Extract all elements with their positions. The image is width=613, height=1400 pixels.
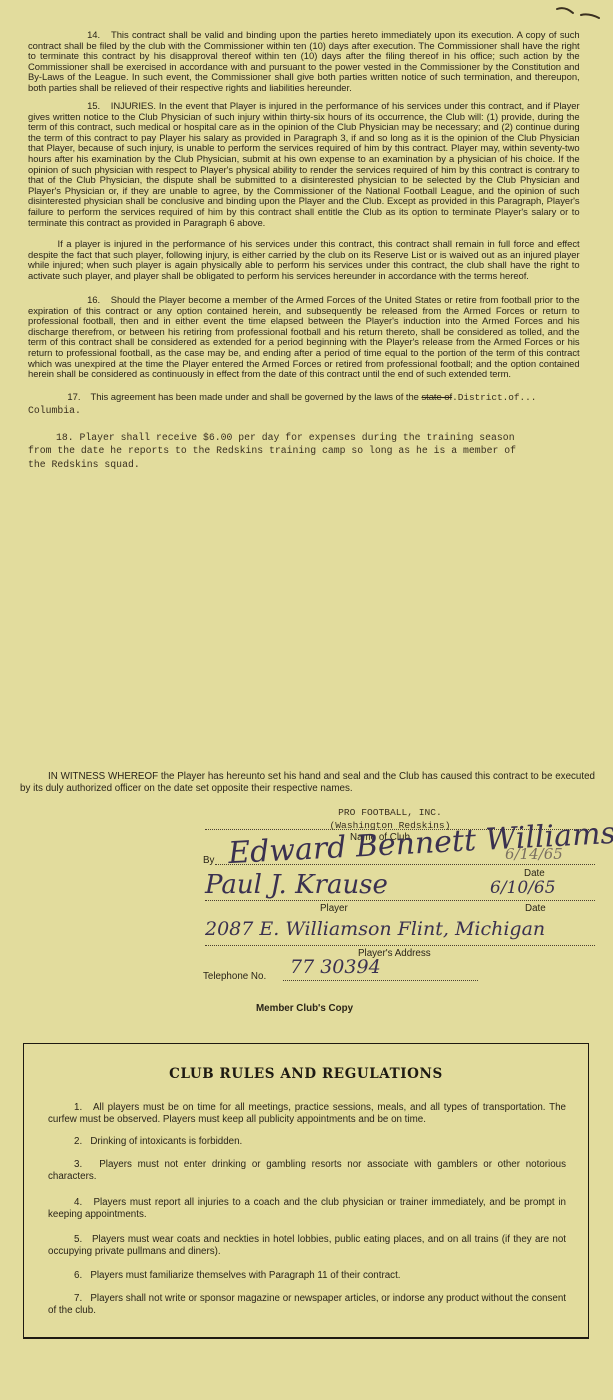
rule-item: 3. Players must not enter drinking or ga…	[48, 1159, 566, 1182]
rule-number: 2.	[74, 1136, 82, 1147]
paragraph-16-armed-forces: 16. Should the Player become a member of…	[28, 296, 580, 381]
rule-number: 3.	[74, 1159, 82, 1170]
player-address-line	[205, 945, 595, 946]
typed-line: 18. Player shall receive $6.00 per day f…	[28, 431, 588, 444]
rule-item: 4. Players must report all injuries to a…	[48, 1197, 566, 1220]
club-rules-title: CLUB RULES AND REGULATIONS	[24, 1066, 588, 1082]
paragraph-15-injuries: 15. INJURIES. In the event that Player i…	[28, 102, 580, 229]
club-name-line1: PRO FOOTBALL, INC.	[305, 807, 475, 818]
rule-item: 2. Drinking of intoxicants is forbidden.	[48, 1136, 566, 1148]
rule-item: 6. Players must familiarize themselves w…	[48, 1270, 566, 1282]
rule-number: 5.	[74, 1234, 82, 1245]
paragraph-text: If a player is injured in the performanc…	[28, 239, 580, 282]
rule-text: All players must be on time for all meet…	[48, 1102, 566, 1125]
paragraph-17-typed-continuation: Columbia.	[28, 404, 588, 417]
rule-text: Players must wear coats and neckties in …	[48, 1234, 566, 1257]
paragraph-text: INJURIES. In the event that Player is in…	[28, 101, 580, 229]
struck-text: state of	[421, 392, 452, 403]
rule-item: 1. All players must be on time for all m…	[48, 1102, 566, 1125]
rule-text: Players must familiarize themselves with…	[90, 1270, 400, 1281]
club-signature-date: 6/14/65	[505, 845, 563, 863]
paragraph-text: This agreement has been made under and s…	[91, 392, 419, 403]
player-date-label: Date	[525, 903, 546, 914]
player-signature-date: 6/10/65	[490, 878, 556, 898]
paragraph-17-governing-law: 17. This agreement has been made under a…	[28, 393, 580, 404]
player-address-handwritten: 2087 E. Williamson Flint, Michigan	[205, 918, 545, 940]
rule-text: Players must not enter drinking or gambl…	[48, 1159, 566, 1182]
by-label: By	[203, 855, 214, 866]
rule-text: Drinking of intoxicants is forbidden.	[90, 1136, 242, 1147]
paragraph-text: Should the Player become a member of the…	[28, 295, 580, 380]
rule-item: 7. Players shall not write or sponsor ma…	[48, 1293, 566, 1316]
typed-fill: .District.of...	[452, 392, 536, 403]
telephone-line	[283, 980, 478, 981]
paragraph-18-typed: 18. Player shall receive $6.00 per day f…	[28, 431, 588, 471]
rule-number: 1.	[74, 1102, 82, 1113]
rule-number: 6.	[74, 1270, 82, 1281]
rule-number: 7.	[74, 1293, 82, 1304]
paragraph-14: 14. This contract shall be valid and bin…	[28, 31, 580, 95]
player-signature-line	[205, 900, 595, 901]
rule-item: 5. Players must wear coats and neckties …	[48, 1234, 566, 1257]
typed-line: the Redskins squad.	[28, 458, 588, 471]
rule-text: Players shall not write or sponsor magaz…	[48, 1293, 566, 1316]
contract-page: 14. This contract shall be valid and bin…	[0, 0, 613, 1400]
typed-line: from the date he reports to the Redskins…	[28, 444, 588, 457]
paragraph-15-continuation: If a player is injured in the performanc…	[28, 240, 580, 282]
corner-ink-mark	[555, 5, 605, 21]
witness-clause: IN WITNESS WHEREOF the Player has hereun…	[20, 771, 595, 795]
club-rules-box: CLUB RULES AND REGULATIONS 1. All player…	[23, 1043, 589, 1339]
member-club-copy-label: Member Club's Copy	[256, 1003, 353, 1014]
player-label: Player	[320, 903, 348, 914]
paragraph-text: This contract shall be valid and binding…	[28, 30, 580, 94]
rule-text: Players must report all injuries to a co…	[48, 1197, 566, 1220]
telephone-value: 77 30394	[290, 956, 381, 978]
player-signature: Paul J. Krause	[205, 870, 388, 900]
rule-number: 4.	[74, 1197, 82, 1208]
paragraph-number: 17.	[48, 393, 88, 404]
telephone-label: Telephone No.	[203, 971, 266, 982]
